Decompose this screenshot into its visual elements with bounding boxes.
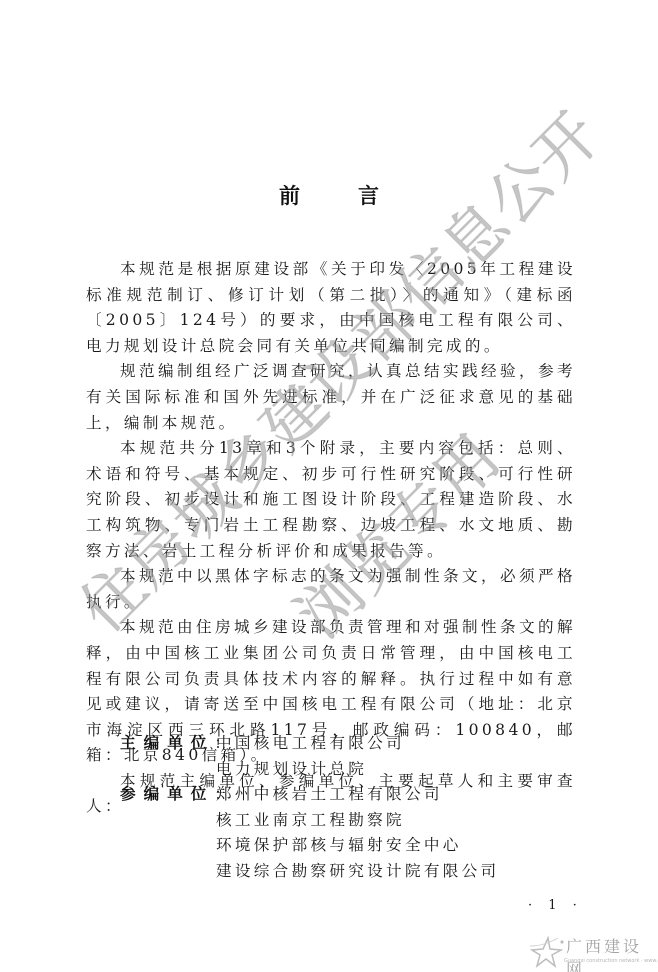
participating-row: 参编单位： 郑州中核岩土工程有限公司 核工业南京工程勘察院 环境保护部核与辐射安… xyxy=(120,782,499,884)
paragraph-compilation: 规范编制组经广泛调查研究，认真总结实践经验，参考有关国际标准和国外先进标准，并在… xyxy=(86,359,576,436)
participating-units: 郑州中核岩土工程有限公司 核工业南京工程勘察院 环境保护部核与辐射安全中心 建设… xyxy=(216,782,499,884)
participating-label: 参编单位： xyxy=(120,782,216,884)
unit-name: 建设综合勘察研究设计院有限公司 xyxy=(216,859,499,885)
site-logo: 广西建设网 Guangxi construction network · www… xyxy=(528,932,656,972)
unit-name: 核工业南京工程勘察院 xyxy=(216,808,499,834)
logo-title: 广西建设网 xyxy=(566,934,656,972)
page-number: · 1 · xyxy=(528,898,583,913)
unit-name: 环境保护部核与辐射安全中心 xyxy=(216,833,499,859)
logo-subtitle: Guangxi construction network · www.gxcic… xyxy=(564,958,658,964)
unit-name: 电力规划设计总院 xyxy=(216,757,405,783)
star-logo-icon xyxy=(528,934,564,968)
chief-editor-label: 主编单位： xyxy=(120,731,216,782)
chief-editor-units: 中国核电工程有限公司 电力规划设计总院 xyxy=(216,731,405,782)
paragraph-mandatory: 本规范中以黑体字标志的条文为强制性条文，必须严格执行。 xyxy=(86,564,576,615)
paragraph-basis: 本规范是根据原建设部《关于印发〈2005年工程建设标准规范制订、修订计划（第二批… xyxy=(86,257,576,359)
paragraph-contents: 本规范共分13章和3个附录，主要内容包括：总则、术语和符号、基本规定、初步可行性… xyxy=(86,436,576,564)
unit-name: 中国核电工程有限公司 xyxy=(216,731,405,757)
units-roster: 主编单位： 中国核电工程有限公司 电力规划设计总院 参编单位： 郑州中核岩土工程… xyxy=(120,731,499,885)
chief-editor-row: 主编单位： 中国核电工程有限公司 电力规划设计总院 xyxy=(120,731,499,782)
unit-name: 郑州中核岩土工程有限公司 xyxy=(216,782,499,808)
document-page: 前言 本规范是根据原建设部《关于印发〈2005年工程建设标准规范制订、修订计划（… xyxy=(0,0,658,972)
page-title: 前言 xyxy=(0,180,658,210)
